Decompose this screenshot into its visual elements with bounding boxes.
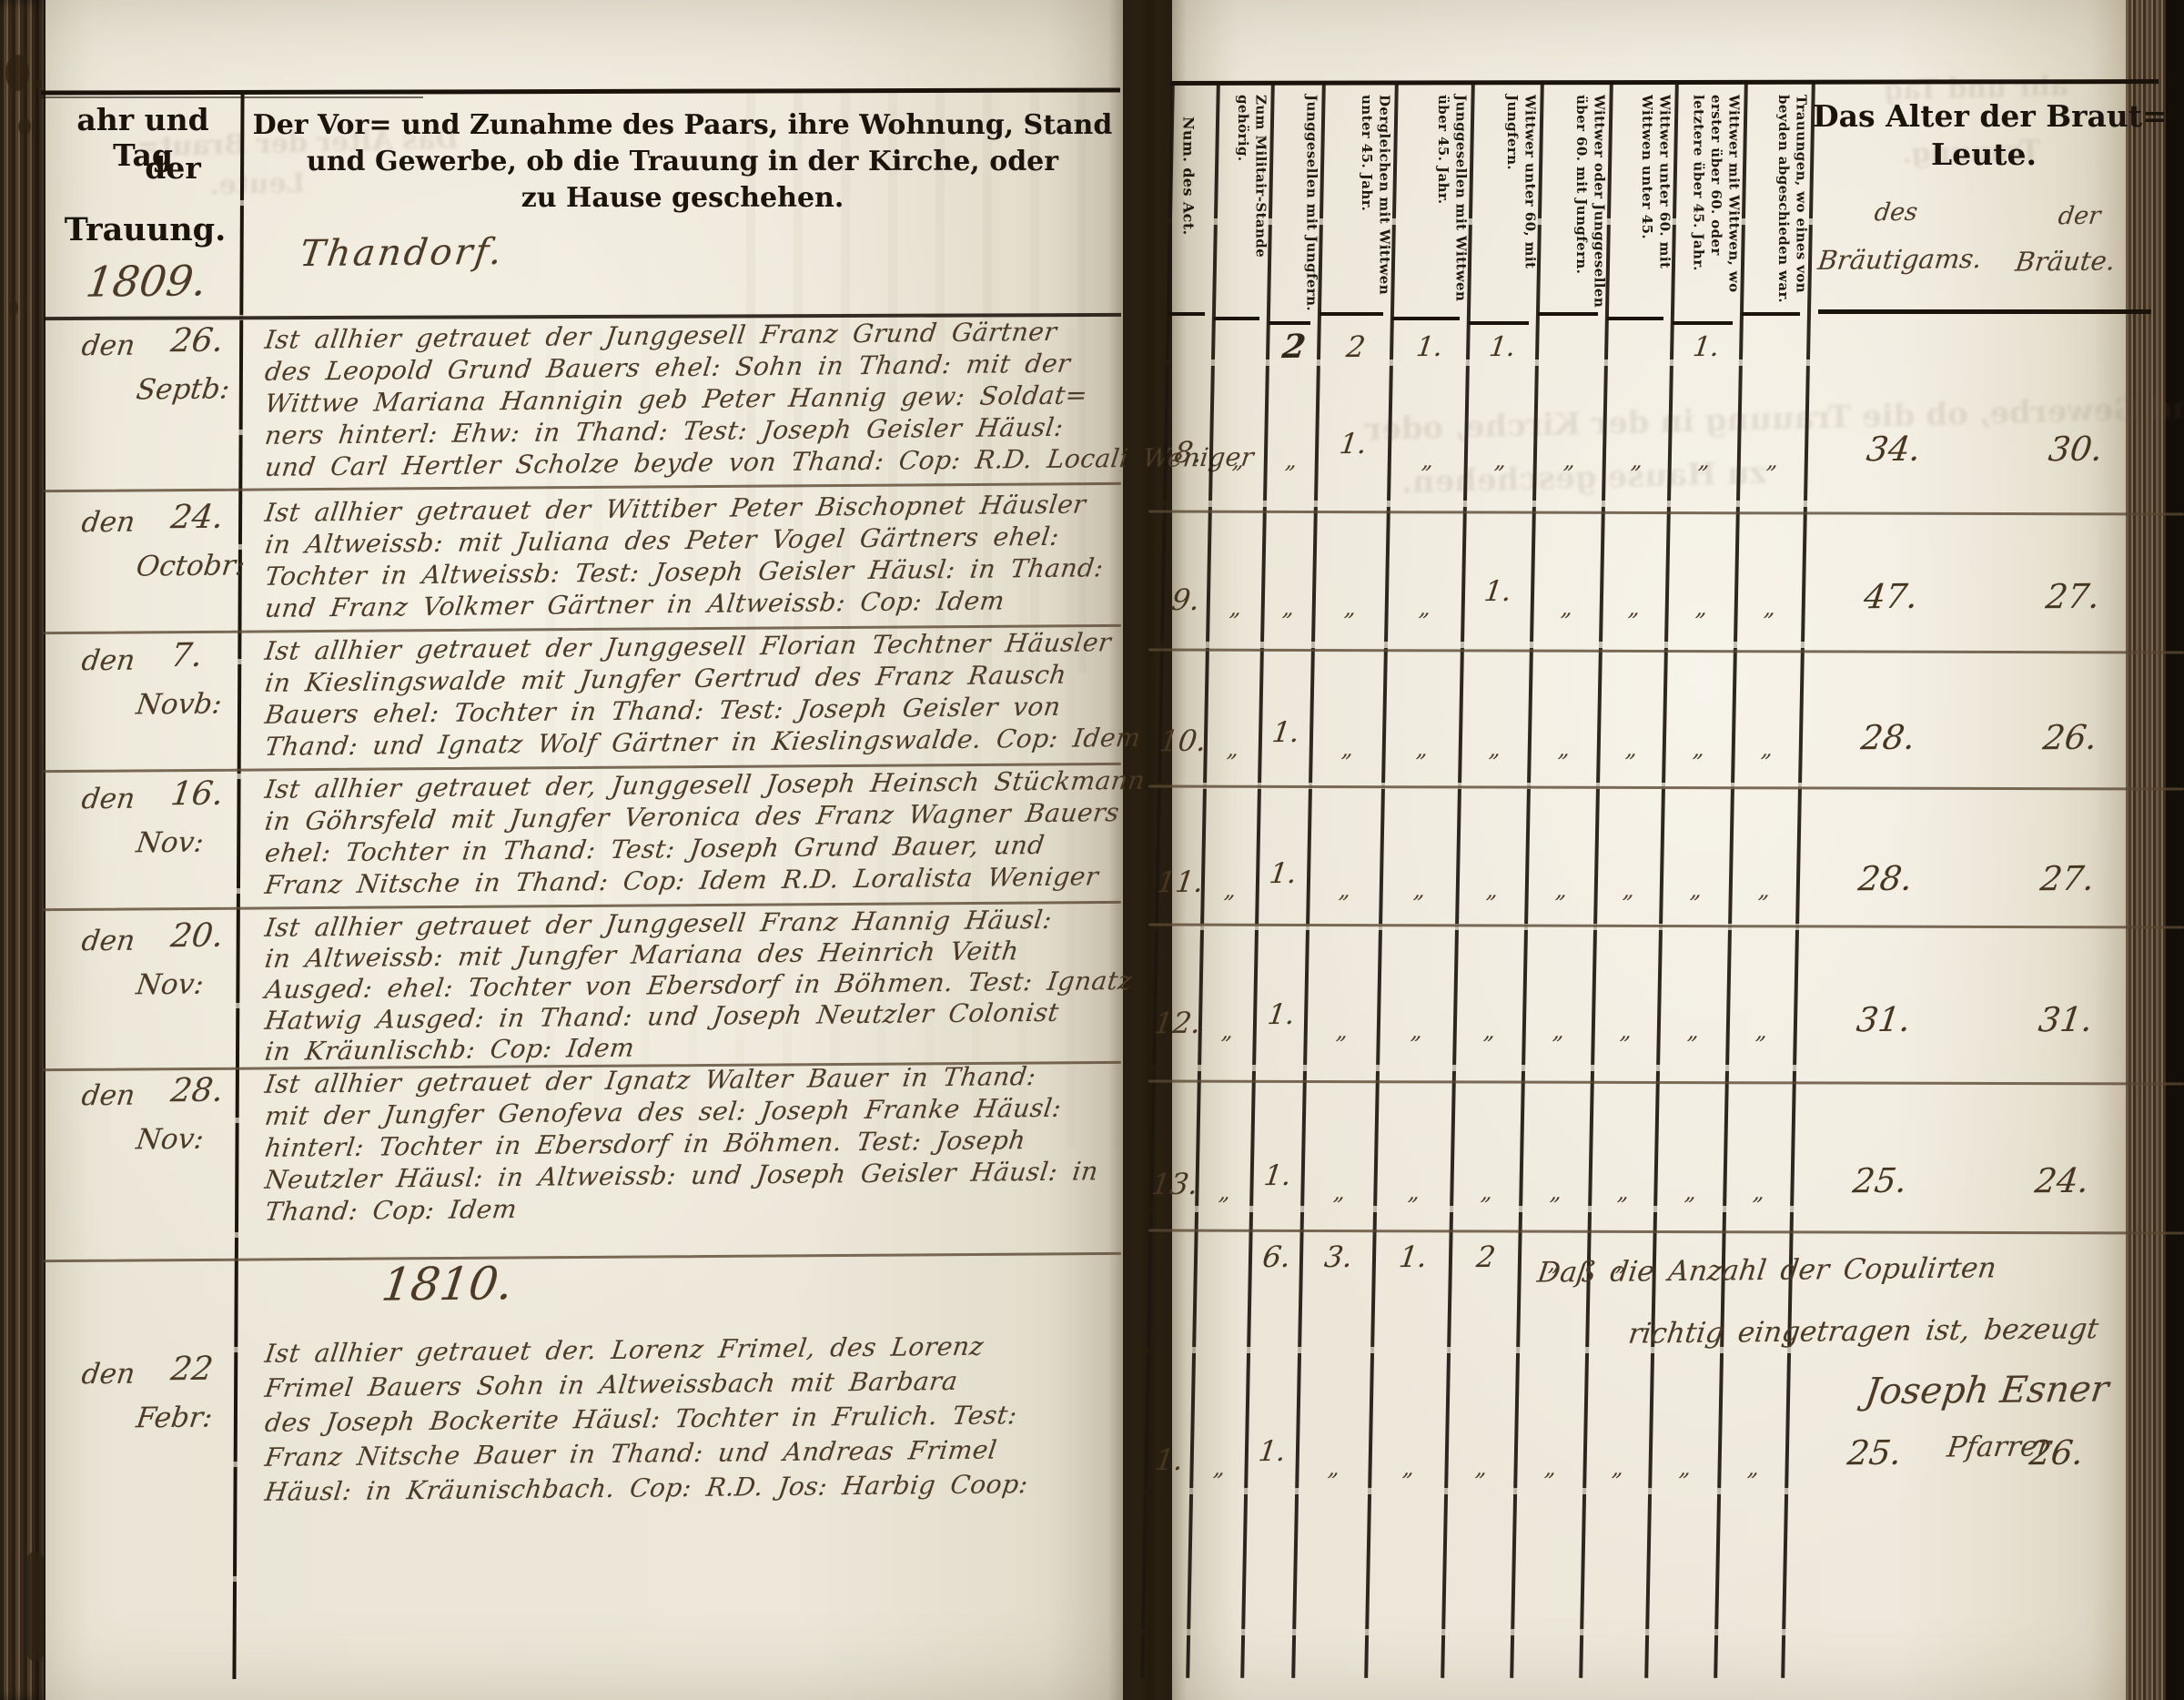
ages-header-title2: Leute.: [1813, 137, 2155, 172]
entry-date-day: 28.: [168, 1072, 226, 1110]
column-header-underline: [1392, 317, 1460, 320]
column-header-rotated: Zum Militair-Stande gehörig.: [1219, 95, 1269, 317]
ditto-mark: „: [1201, 877, 1259, 904]
column-header-underline: [1538, 312, 1598, 316]
entry-date-month: Septb:: [135, 372, 232, 406]
ditto-mark: „: [1738, 736, 1796, 763]
ditto-mark: „: [1670, 736, 1728, 763]
ink-stain: [18, 118, 31, 135]
ditto-mark: „: [1313, 1018, 1371, 1045]
ditto-mark: „: [1452, 1455, 1511, 1482]
column-header-underline: [1214, 317, 1259, 320]
entry-date-prefix: den: [80, 329, 137, 363]
ditto-mark: „: [1522, 1455, 1580, 1482]
tally-mark: 1.: [1251, 998, 1310, 1032]
groom-age: 28.: [1859, 718, 1919, 758]
carryover-count: 1.: [1473, 331, 1532, 364]
entry-date-month: Nov:: [135, 826, 207, 860]
ditto-mark: „: [1538, 595, 1596, 622]
column-header-rotated: Wittwer unter 60, mit Jungfern.: [1474, 95, 1538, 317]
column-header-rotated: Num. des Act.: [1178, 116, 1198, 308]
ditto-mark: „: [1673, 595, 1731, 622]
bride-age: 24.: [2032, 1161, 2092, 1201]
ditto-mark: „: [1385, 1179, 1443, 1206]
ink-stain: [9, 300, 18, 315]
ditto-mark: „: [1321, 595, 1380, 622]
ditto-mark: „: [1603, 736, 1661, 763]
row-number: 13.: [1146, 1167, 1205, 1202]
ditto-mark: „: [1675, 448, 1734, 474]
ditto-mark: „: [1733, 1018, 1791, 1045]
entry-date-day: 24.: [168, 499, 226, 537]
ink-stain: [35, 80, 42, 89]
entry-date-prefix: den: [80, 1358, 137, 1391]
ditto-mark: „: [1466, 736, 1524, 763]
tally-mark: 1.: [1257, 716, 1316, 750]
ditto-mark: „: [1396, 595, 1454, 622]
bride-age: 26.: [2041, 718, 2101, 758]
ditto-mark: „: [1597, 1018, 1655, 1045]
entry-date-prefix: den: [80, 1079, 137, 1113]
bride-age: 27.: [2038, 859, 2098, 899]
column-header-underline: [1607, 317, 1663, 320]
column-header-rotated: Junggesellen mit Jungfern.: [1274, 95, 1319, 317]
carryover-count: 1.: [1677, 331, 1736, 364]
ditto-mark: „: [1207, 595, 1265, 622]
ditto-mark: „: [1735, 877, 1794, 904]
row-number: 9.: [1157, 582, 1216, 618]
ditto-mark: „: [1380, 1455, 1438, 1482]
ditto-mark: „: [1589, 1455, 1647, 1482]
column-header-rotated: Junggesellen mit Wittwen über 45. Jahr.: [1398, 95, 1469, 317]
ditto-mark: „: [1190, 1455, 1249, 1482]
groom-age: 25.: [1850, 1161, 1910, 1201]
groom-age: 25.: [1845, 1433, 1906, 1473]
entry-date-prefix: den: [80, 925, 137, 958]
ditto-mark: „: [1204, 736, 1262, 763]
ditto-mark: „: [1388, 1018, 1446, 1045]
ages-groom-label-1: des: [1873, 198, 1919, 227]
ditto-mark: „: [1527, 1179, 1585, 1206]
ditto-mark: „: [1390, 877, 1449, 904]
entry-date-prefix: den: [80, 506, 137, 540]
column-header-underline: [1742, 312, 1800, 316]
certification-line1: Daß die Anzahl der Copulirten: [1535, 1251, 1998, 1289]
groom-age: 28.: [1856, 859, 1916, 899]
ditto-mark: „: [1724, 1455, 1783, 1482]
ditto-mark: „: [1541, 448, 1599, 474]
tally-mark: 1.: [1324, 428, 1383, 461]
ages-header-title1: Das Alter der Braut=: [1813, 98, 2155, 134]
entry-date-day: 26.: [168, 322, 226, 360]
book-left-page-edges: [0, 0, 45, 1700]
groom-age: 31.: [1854, 1000, 1914, 1040]
row-number: 10.: [1154, 724, 1213, 759]
left-margin-line: [44, 91, 45, 1679]
entry-date-month: Febr:: [135, 1401, 215, 1435]
entry-date-month: Nov:: [135, 1123, 207, 1157]
column-header-rotated: Wittwer oder Junggesellen über 60. mit J…: [1543, 95, 1607, 317]
sum-count: 1.: [1383, 1240, 1442, 1275]
ditto-mark: „: [1667, 877, 1725, 904]
left-col1-header-line2: der: [109, 150, 237, 186]
groom-age: 34.: [1865, 430, 1925, 470]
sum-count: 6.: [1247, 1240, 1306, 1275]
priest-signature: Joseph Esner: [1863, 1369, 2111, 1413]
ditto-mark: „: [1535, 736, 1593, 763]
ditto-mark: „: [1605, 595, 1663, 622]
entry-date-prefix: den: [80, 644, 137, 678]
row-number: 1.: [1140, 1442, 1199, 1478]
column-header-underline: [1469, 321, 1529, 325]
row-number: 12.: [1148, 1006, 1208, 1041]
tally-mark: 1.: [1254, 857, 1313, 891]
sum-count: 2: [1456, 1240, 1515, 1275]
bride-age: 31.: [2036, 1000, 2096, 1040]
column-header-underline: [1269, 321, 1310, 325]
column-header-underline: [1673, 321, 1733, 325]
ditto-mark: „: [1262, 448, 1320, 474]
book-cover-edge: [2166, 0, 2184, 1700]
bride-age: 30.: [2047, 430, 2107, 470]
column-header-underline: [1319, 312, 1383, 316]
ditto-mark: „: [1530, 1018, 1588, 1045]
book-right-page-edges: [2126, 0, 2168, 1700]
ditto-mark: „: [1209, 448, 1268, 474]
carryover-count: 2: [1264, 328, 1324, 367]
tally-mark: 1.: [1469, 575, 1528, 609]
ink-stain: [27, 1552, 44, 1661]
place-name: Thandorf.: [298, 231, 507, 275]
ditto-mark: „: [1656, 1455, 1714, 1482]
column-header-rotated: Wittwer mit Wittwen, wo erster über 60. …: [1678, 95, 1742, 317]
ditto-mark: „: [1741, 595, 1799, 622]
ditto-mark: „: [1393, 736, 1451, 763]
priest-title: Pfarrer: [1946, 1430, 2053, 1463]
year-1810-heading: 1810.: [379, 1257, 516, 1310]
carryover-count: 1.: [1400, 331, 1460, 364]
ditto-mark: „: [1463, 877, 1522, 904]
ditto-mark: „: [1662, 1179, 1720, 1206]
ditto-mark: „: [1319, 736, 1377, 763]
year-1809: 1809.: [83, 256, 209, 306]
ditto-mark: „: [1471, 448, 1530, 474]
sum-count: 3.: [1309, 1240, 1368, 1275]
ditto-mark: „: [1259, 595, 1318, 622]
entry-date-month: Nov:: [135, 968, 207, 1002]
groom-age: 47.: [1862, 577, 1922, 617]
ditto-mark: „: [1196, 1179, 1254, 1206]
ages-header-underline: [1818, 309, 2151, 314]
ditto-mark: „: [1316, 877, 1374, 904]
row-number: 8.: [1159, 435, 1218, 471]
ditto-mark: „: [1600, 877, 1658, 904]
ages-groom-label-2: Bräutigams.: [1816, 243, 1984, 276]
carryover-count: 2: [1326, 329, 1385, 365]
ages-bride-label-2: Bräute.: [2014, 245, 2118, 277]
ditto-mark: „: [1532, 877, 1591, 904]
ditto-mark: „: [1664, 1018, 1723, 1045]
entry-date-day: 20.: [168, 917, 226, 956]
entry-date-month: Octobr:: [135, 549, 248, 582]
ditto-mark: „: [1594, 1179, 1653, 1206]
left-col2-header-line2: und Gewerbe, ob die Trauung in der Kirch…: [246, 146, 1119, 177]
ages-bride-label-1: der: [2057, 202, 2102, 230]
ditto-mark: „: [1305, 1455, 1363, 1482]
certification-line2: richtig eingetragen ist, bezeugt: [1626, 1312, 2100, 1350]
ink-stain: [5, 55, 29, 91]
tally-mark: 1.: [1249, 1159, 1308, 1193]
ditto-mark: „: [1461, 1018, 1519, 1045]
column-header-rotated: Trauungen, wo eines von beyden abgeschie…: [1747, 95, 1809, 317]
column-header-rotated: Wittwer unter 60. mit Wittwen unter 45.: [1613, 95, 1673, 317]
ditto-mark: „: [1310, 1179, 1369, 1206]
entry-date-day: 7.: [168, 637, 205, 674]
column-header-underline: [1168, 312, 1205, 316]
row-number: 11.: [1151, 865, 1210, 900]
ditto-mark: „: [1608, 448, 1666, 474]
ditto-mark: „: [1730, 1179, 1788, 1206]
bride-age: 27.: [2044, 577, 2104, 617]
ditto-mark: „: [1744, 448, 1802, 474]
tally-mark: 1.: [1243, 1435, 1302, 1469]
ditto-mark: „: [1399, 448, 1457, 474]
left-col2-header-line3: zu Hause geschehen.: [246, 182, 1119, 214]
left-col1-header-line3: Trauung.: [47, 211, 243, 248]
entry-date-prefix: den: [80, 783, 137, 816]
ditto-mark: „: [1198, 1018, 1257, 1045]
entry-date-day: 16.: [168, 775, 226, 814]
column-header-rotated: Dergleichen mit Wittwen unter 45. Jahr.: [1325, 95, 1392, 317]
entry-date-day: 22: [168, 1351, 215, 1388]
entry-date-month: Novb:: [135, 688, 224, 722]
left-col2-header-line1: Der Vor= und Zunahme des Paars, ihre Woh…: [246, 109, 1119, 141]
left-table-top-border-inner: [41, 96, 423, 98]
ditto-mark: „: [1458, 1179, 1516, 1206]
